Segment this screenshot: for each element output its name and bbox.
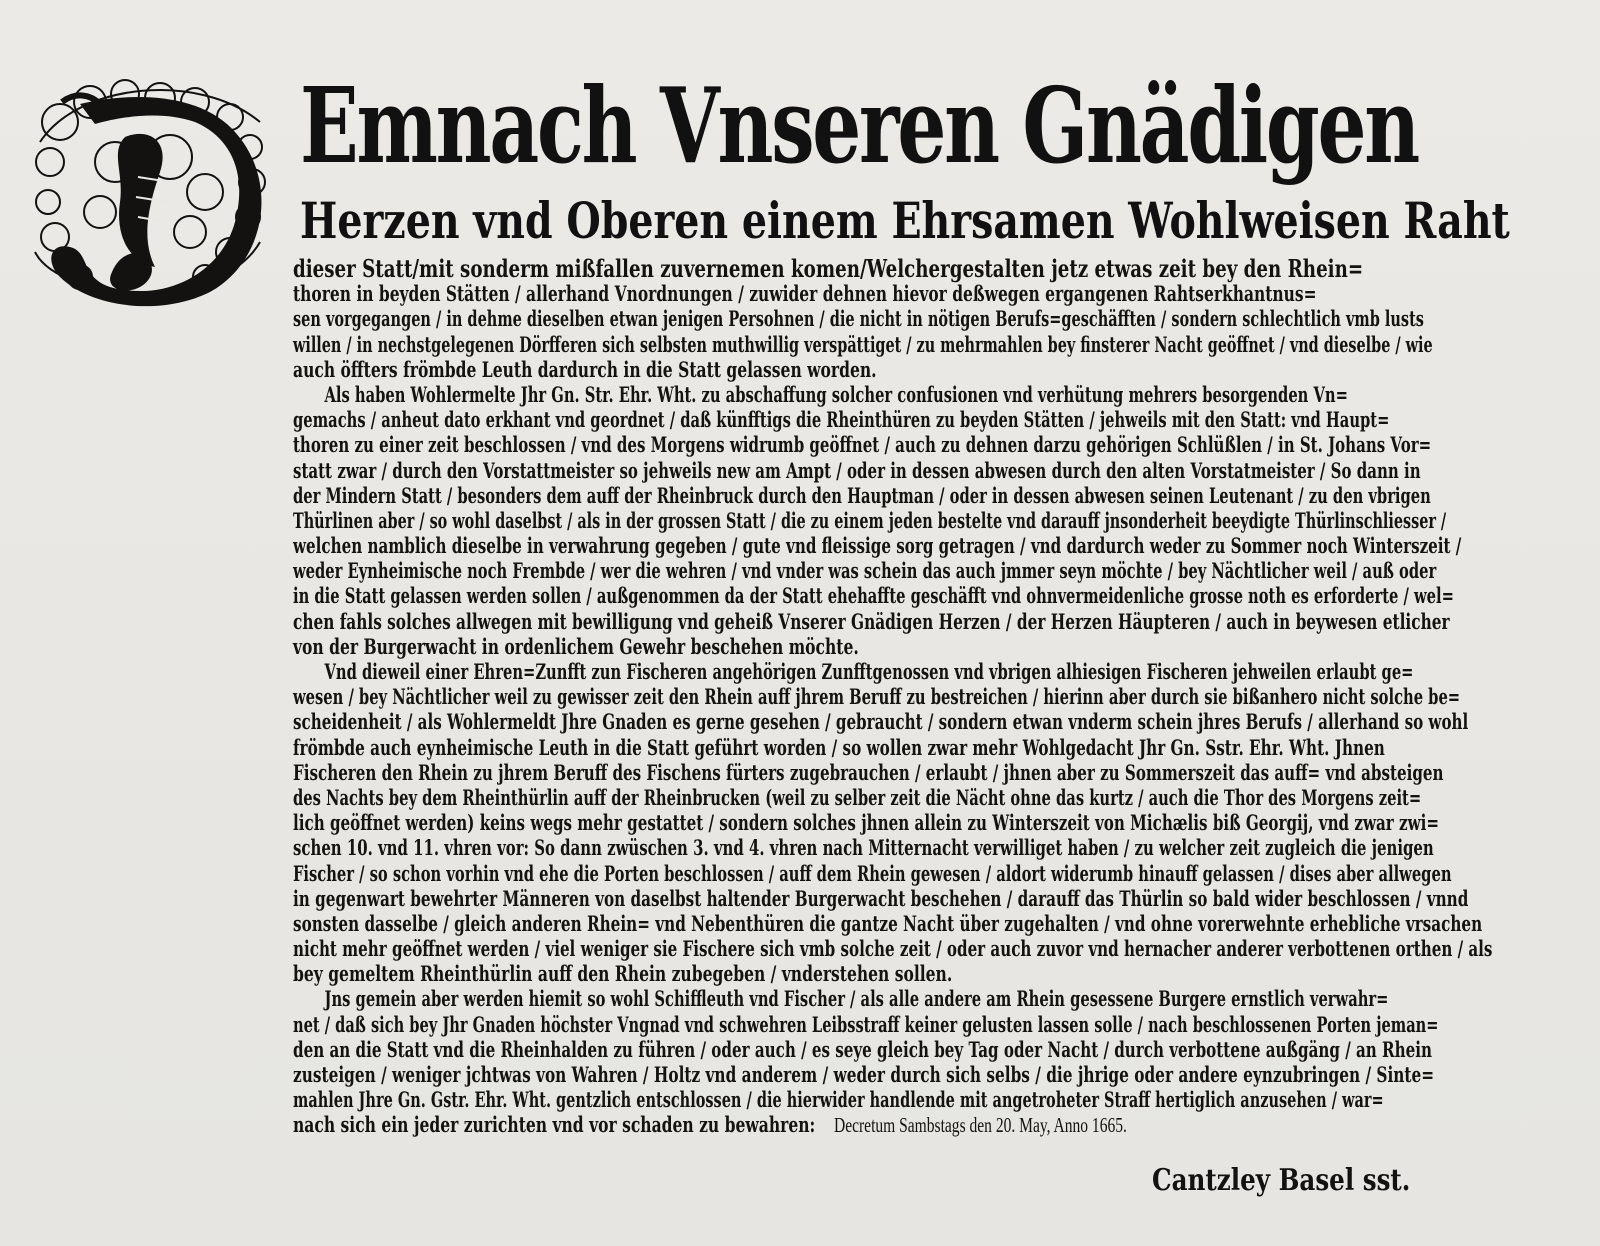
text-line: auch öffters frömbde Leuth dardurch in d… <box>293 357 1196 382</box>
text-line: in gegenwart bewehrter Männeren von dase… <box>293 886 1178 911</box>
text-line: frömbde auch eynheimische Leuth in die S… <box>293 735 1178 760</box>
text-line: von der Burgerwacht in ordenlichem Geweh… <box>293 634 1196 659</box>
paragraph-1: dieser Statt/mit sonderm mißfallen zuver… <box>293 256 1513 382</box>
decree-date: Decretum Sambstags den 20. May, Anno 166… <box>821 1113 1127 1137</box>
document-page: Emnach Vnseren Gnädigen Herzen vnd Obere… <box>0 0 1600 1246</box>
text-line: Jns gemein aber werden hiemit so wohl Sc… <box>293 986 1147 1011</box>
text-line: lich geöffnet werden) keins wegs mehr ge… <box>293 810 1171 835</box>
text-line: gemachs / anheut dato erkhant vnd geordn… <box>293 407 1147 432</box>
chancery-signature: Cantzley Basel sst. <box>1152 1163 1410 1198</box>
text-line: chen fahls solches allwegen mit bewillig… <box>293 609 1184 634</box>
decree-subheadline: Herzen vnd Oberen einem Ehrsamen Wohlwei… <box>300 190 1240 252</box>
text-line: des Nachts bey dem Rheinthürlin auff der… <box>293 785 1147 810</box>
text-line: weder Eynheimische noch Frembde / wer di… <box>293 558 1147 583</box>
paragraph-3: Vnd dieweil einer Ehren=Zunfft zun Fisch… <box>293 659 1513 986</box>
text-line: Thürlinen aber / so wohl daselbst / als … <box>293 508 1129 533</box>
text-line: thoren in beyden Stätten / allerhand Vno… <box>293 281 1192 306</box>
text-line: thoren zu einer zeit beschlossen / vnd d… <box>293 432 1165 457</box>
text-line: nicht mehr geöffnet werden / viel wenige… <box>293 936 1171 961</box>
text-line: Als haben Wohlermelte Jhr Gn. Str. Ehr. … <box>293 382 1147 407</box>
text-line: net / daß sich bey Jhr Gnaden höchster V… <box>293 1012 1141 1037</box>
text-line: bey gemeltem Rheinthürlin auff den Rhein… <box>293 961 1196 986</box>
text-line: der Mindern Statt / besonders dem auff d… <box>293 483 1147 508</box>
text-line: willen / in nechstgelegenen Dörfferen si… <box>293 332 1129 357</box>
text-line: sen vorgegangen / in dehme dieselben etw… <box>293 306 1135 331</box>
decree-headline: Emnach Vnseren Gnädigen <box>300 66 1203 186</box>
text-line: den an die Statt vnd die Rheinhalden zu … <box>293 1037 1171 1062</box>
text-line: schen 10. vnd 11. vhren vor: So dann zwü… <box>293 835 1159 860</box>
text-line: in die Statt gelassen werden sollen / au… <box>293 583 1147 608</box>
text-line: scheidenheit / als Wohlermeldt Jhre Gnad… <box>293 709 1171 734</box>
paragraph-2: Als haben Wohlermelte Jhr Gn. Str. Ehr. … <box>293 382 1513 659</box>
text-line: wesen / bey Nächtlicher weil zu gewisser… <box>293 684 1147 709</box>
paragraph-4: Jns gemein aber werden hiemit so wohl Sc… <box>293 986 1513 1137</box>
text-line: nach sich ein jeder zurichten vnd vor sc… <box>293 1112 1196 1137</box>
text-line: zusteigen / weniger jchtwas von Wahren /… <box>293 1062 1184 1087</box>
text-line: mahlen Jhre Gn. Gstr. Ehr. Wht. gentzlic… <box>293 1087 1135 1112</box>
text-line: Fischer / so schon vorhin vnd ehe die Po… <box>293 861 1147 886</box>
text-line: dieser Statt/mit sonderm mißfallen zuver… <box>293 256 1220 281</box>
text-line: welchen namblich dieselbe in verwahrung … <box>293 533 1171 558</box>
decorated-initial-d-icon <box>20 62 288 312</box>
text-line: Fischeren den Rhein zu jhrem Beruff des … <box>293 760 1171 785</box>
text-line: sonsten dasselbe / gleich anderen Rhein=… <box>293 911 1178 936</box>
text-line: Vnd dieweil einer Ehren=Zunfft zun Fisch… <box>293 659 1147 684</box>
decree-body: dieser Statt/mit sonderm mißfallen zuver… <box>293 256 1513 1138</box>
text-line: statt zwar / durch den Vorstattmeister s… <box>293 458 1165 483</box>
closing-clause: nach sich ein jeder zurichten vnd vor sc… <box>293 1112 815 1137</box>
